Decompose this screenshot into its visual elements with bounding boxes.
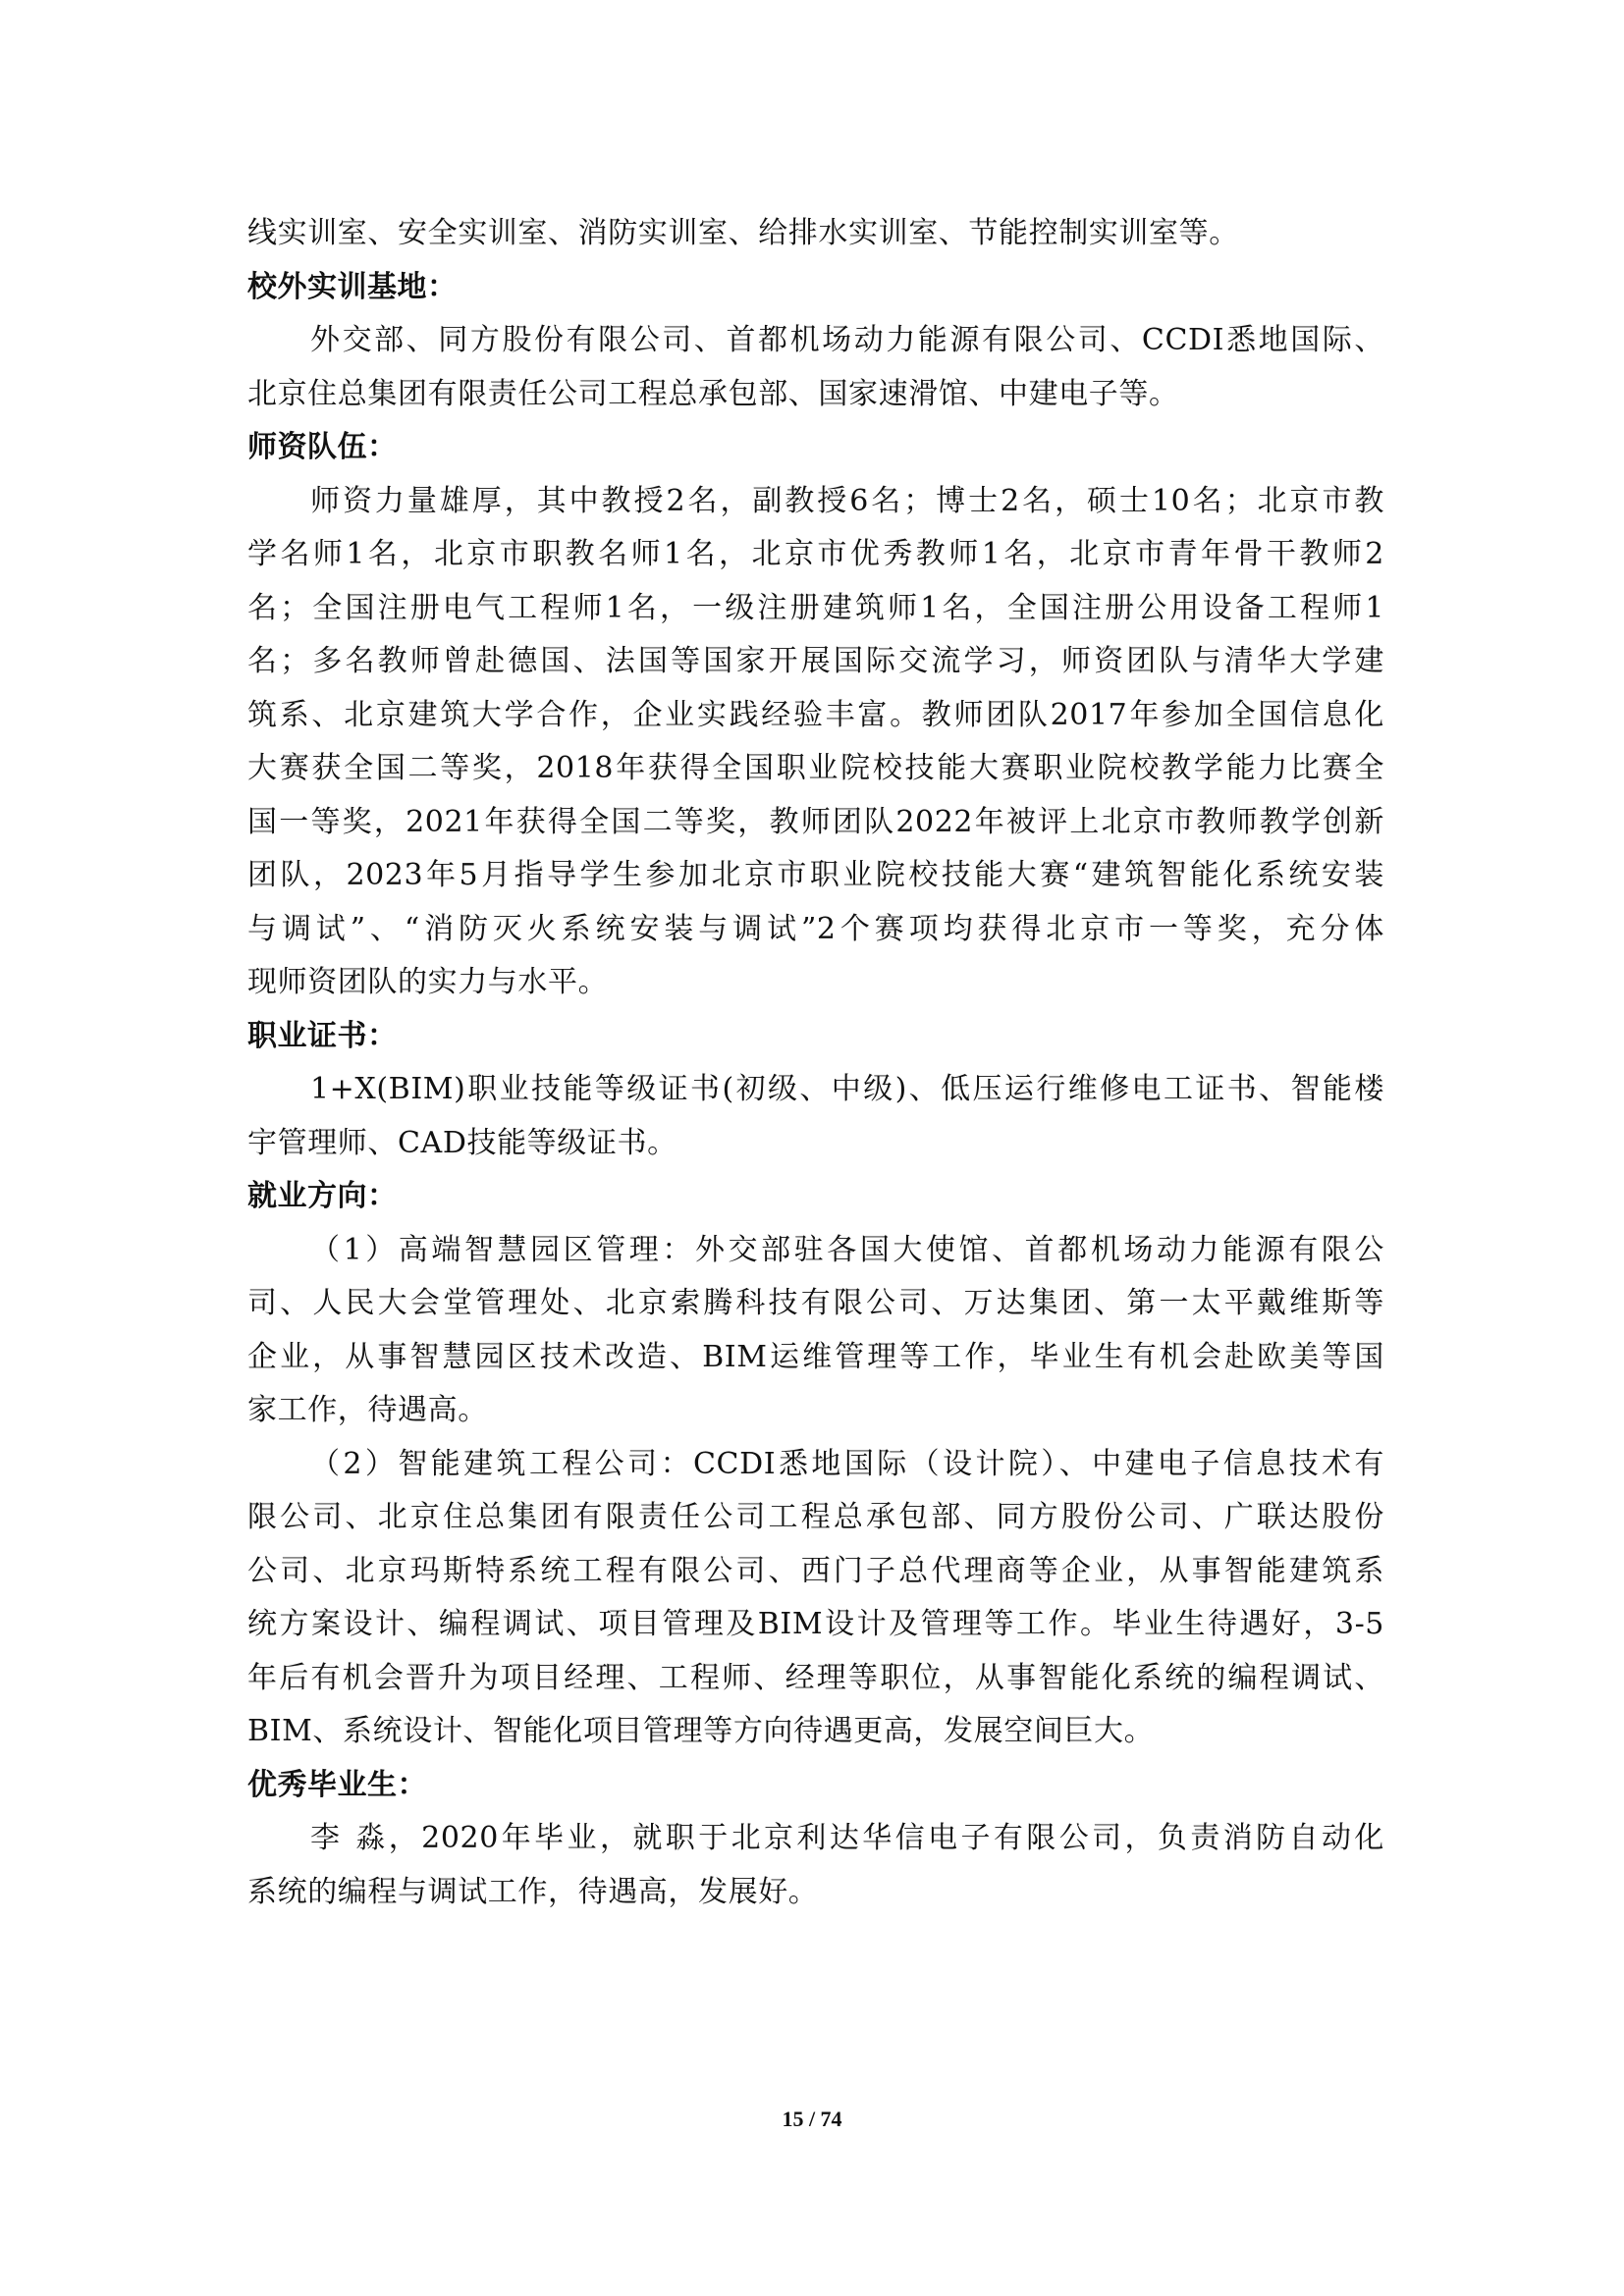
heading-certificates: 职业证书： [247, 1010, 1384, 1064]
page-number: 15 / 74 [0, 2107, 1624, 2132]
heading-outstanding-graduates: 优秀毕业生： [247, 1759, 1384, 1813]
text-line: 宇管理师、CAD技能等级证书。 [247, 1117, 1384, 1171]
text-line: 统方案设计、编程调试、项目管理及BIM设计及管理等工作。毕业生待遇好，3-5 [247, 1598, 1384, 1652]
text-line: 大赛获全国二等奖，2018年获得全国职业院校技能大赛职业院校教学能力比赛全 [247, 742, 1384, 796]
text-line: 北京住总集团有限责任公司工程总承包部、国家速滑馆、中建电子等。 [247, 368, 1384, 422]
heading-external-training-bases: 校外实训基地： [247, 261, 1384, 315]
text-line: 1+X(BIM)职业技能等级证书(初级、中级)、低压运行维修电工证书、智能楼 [247, 1063, 1384, 1117]
text-line: 学名师1名，北京市职教名师1名，北京市优秀教师1名，北京市青年骨干教师2 [247, 528, 1384, 582]
text-line: BIM、系统设计、智能化项目管理等方向待遇更高，发展空间巨大。 [247, 1705, 1384, 1759]
document-page: 线实训室、安全实训室、消防实训室、给排水实训室、节能控制实训室等。 校外实训基地… [0, 0, 1624, 2296]
text-line: 外交部、同方股份有限公司、首都机场动力能源有限公司、CCDI悉地国际、 [247, 314, 1384, 368]
text-line: 企业，从事智慧园区技术改造、BIM运维管理等工作，毕业生有机会赴欧美等国 [247, 1331, 1384, 1385]
page-content: 线实训室、安全实训室、消防实训室、给排水实训室、节能控制实训室等。 校外实训基地… [247, 207, 1384, 1919]
text-line: 公司、北京玛斯特系统工程有限公司、西门子总代理商等企业，从事智能建筑系 [247, 1545, 1384, 1599]
text-line: 线实训室、安全实训室、消防实训室、给排水实训室、节能控制实训室等。 [247, 207, 1384, 261]
text-line: 司、人民大会堂管理处、北京索腾科技有限公司、万达集团、第一太平戴维斯等 [247, 1277, 1384, 1331]
text-line: 限公司、北京住总集团有限责任公司工程总承包部、同方股份公司、广联达股份 [247, 1491, 1384, 1545]
paragraph-training-rooms-continued: 线实训室、安全实训室、消防实训室、给排水实训室、节能控制实训室等。 [247, 207, 1384, 261]
text-line: 李 淼，2020年毕业，就职于北京利达华信电子有限公司，负责消防自动化 [247, 1812, 1384, 1866]
heading-faculty: 师资队伍： [247, 421, 1384, 475]
paragraph-certificates: 1+X(BIM)职业技能等级证书(初级、中级)、低压运行维修电工证书、智能楼 宇… [247, 1063, 1384, 1170]
text-line: （2）智能建筑工程公司：CCDI悉地国际（设计院）、中建电子信息技术有 [247, 1438, 1384, 1492]
text-line: 家工作，待遇高。 [247, 1384, 1384, 1438]
text-line: 名；全国注册电气工程师1名，一级注册建筑师1名，全国注册公用设备工程师1 [247, 582, 1384, 636]
text-line: 团队，2023年5月指导学生参加北京市职业院校技能大赛“建筑智能化系统安装 [247, 849, 1384, 903]
text-line: 系统的编程与调试工作，待遇高，发展好。 [247, 1866, 1384, 1920]
heading-career-directions: 就业方向： [247, 1170, 1384, 1224]
paragraph-career-1: （1）高端智慧园区管理：外交部驻各国大使馆、首都机场动力能源有限公 司、人民大会… [247, 1224, 1384, 1438]
text-line: 现师资团队的实力与水平。 [247, 956, 1384, 1010]
text-line: 筑系、北京建筑大学合作，企业实践经验丰富。教师团队2017年参加全国信息化 [247, 689, 1384, 743]
paragraph-faculty: 师资力量雄厚，其中教授2名，副教授6名；博士2名，硕士10名；北京市教 学名师1… [247, 475, 1384, 1010]
text-line: 名；多名教师曾赴德国、法国等国家开展国际交流学习，师资团队与清华大学建 [247, 635, 1384, 689]
text-line: （1）高端智慧园区管理：外交部驻各国大使馆、首都机场动力能源有限公 [247, 1224, 1384, 1278]
paragraph-external-training-bases: 外交部、同方股份有限公司、首都机场动力能源有限公司、CCDI悉地国际、 北京住总… [247, 314, 1384, 421]
text-line: 年后有机会晋升为项目经理、工程师、经理等职位，从事智能化系统的编程调试、 [247, 1652, 1384, 1706]
text-line: 国一等奖，2021年获得全国二等奖，教师团队2022年被评上北京市教师教学创新 [247, 796, 1384, 850]
paragraph-career-2: （2）智能建筑工程公司：CCDI悉地国际（设计院）、中建电子信息技术有 限公司、… [247, 1438, 1384, 1759]
paragraph-outstanding-graduates: 李 淼，2020年毕业，就职于北京利达华信电子有限公司，负责消防自动化 系统的编… [247, 1812, 1384, 1919]
text-line: 师资力量雄厚，其中教授2名，副教授6名；博士2名，硕士10名；北京市教 [247, 475, 1384, 529]
text-line: 与调试”、“消防灭火系统安装与调试”2个赛项均获得北京市一等奖，充分体 [247, 903, 1384, 957]
